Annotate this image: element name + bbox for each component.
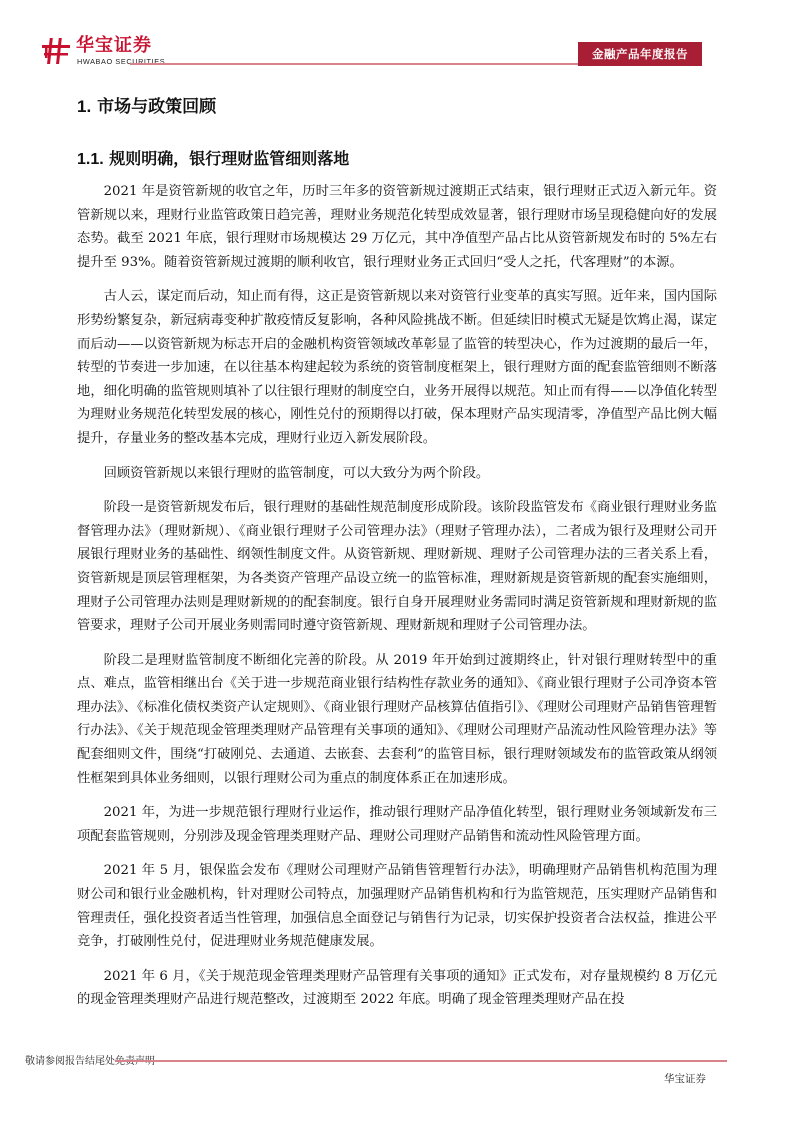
subsection-number: 1.1. <box>77 151 104 168</box>
section-title: 市场与政策回顾 <box>97 97 216 117</box>
logo-chinese-name: 华宝证券 <box>76 36 152 56</box>
paragraph: 2021 年是资管新规的收官之年，历时三年多的资管新规过渡期正式结束，银行理财正… <box>77 180 717 274</box>
subsection-heading: 1.1. 规则明确，银行理财监管细则落地 <box>77 148 349 171</box>
header-divider <box>130 63 580 65</box>
footer-divider <box>115 1060 727 1062</box>
paragraph: 古人云，谋定而后动，知止而有得，这正是资管新规以来对资管行业变革的真实写照。近年… <box>77 285 717 450</box>
body-text: 2021 年是资管新规的收官之年，历时三年多的资管新规过渡期正式结束，银行理财正… <box>77 180 717 1023</box>
report-type-badge: 金融产品年度报告 <box>578 42 702 66</box>
footer-brand: 华宝证券 <box>664 1071 706 1086</box>
paragraph: 2021 年 5 月，银保监会发布《理财公司理财产品销售管理暂行办法》，明确理财… <box>77 859 717 953</box>
section-heading: 1. 市场与政策回顾 <box>77 96 216 118</box>
paragraph: 回顾资管新规以来银行理财的监管制度，可以大致分为两个阶段。 <box>77 462 717 486</box>
hwabao-logo-icon <box>42 36 70 66</box>
subsection-title: 规则明确，银行理财监管细则落地 <box>109 149 349 168</box>
paragraph: 2021 年 6 月，《关于规范现金管理类理财产品管理有关事项的通知》正式发布，… <box>77 965 717 1012</box>
paragraph: 2021 年，为进一步规范银行理财行业运作，推动银行理财产品净值化转型，银行理财… <box>77 801 717 848</box>
paragraph: 阶段一是资管新规发布后，银行理财的基础性规范制度形成阶段。该阶段监管发布《商业银… <box>77 496 717 638</box>
section-number: 1. <box>77 97 91 116</box>
paragraph: 阶段二是理财监管制度不断细化完善的阶段。从 2019 年开始到过渡期终止，针对银… <box>77 649 717 791</box>
